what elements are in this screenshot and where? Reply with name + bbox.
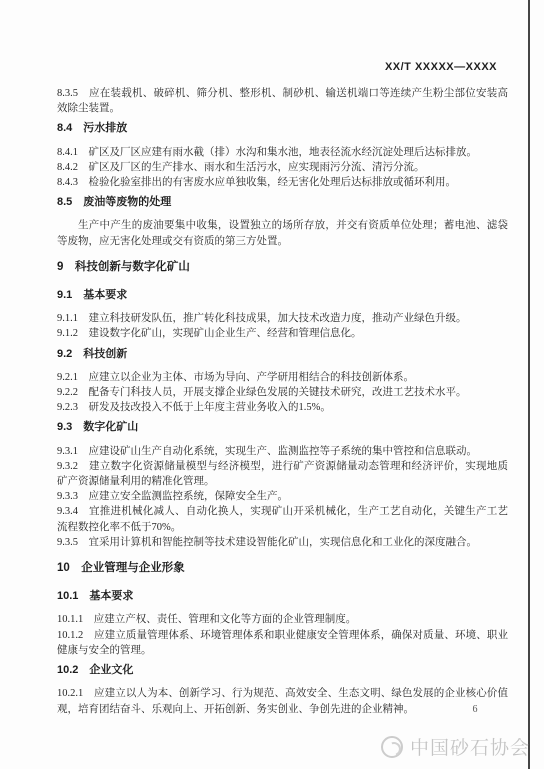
watermark-label: 中国砂石协会: [410, 733, 530, 760]
body-paragraph: 生产中产生的废油要集中收集，设置独立的场所存放，并交有资质单位处理；蓄电池、滤袋…: [57, 218, 508, 248]
association-watermark: 中国砂石协会: [381, 733, 530, 760]
section-heading: 8.5 废油等废物的处理: [57, 195, 508, 210]
section-heading: 9.1 基本要求: [57, 288, 508, 303]
clause-paragraph: 9.2.3 研发及技改投入不低于上年度主营业务收入的1.5%。: [57, 400, 508, 415]
document-page: XX/T XXXXX—XXXX 8.3.5 应在装载机、破碎机、筛分机、整形机、…: [0, 0, 544, 769]
clause-paragraph: 9.3.2 建立数字化资源储量模型与经济模型，进行矿产资源储量动态管理和经济评价…: [57, 459, 508, 489]
clause-paragraph: 10.2.1 应建立以人为本、创新学习、行为规范、高效安全、生态文明、绿色发展的…: [57, 686, 508, 716]
clause-paragraph: 9.2.1 应建立以企业为主体、市场为导向、产学研用相结合的科技创新体系。: [57, 370, 508, 385]
clause-paragraph: 9.3.1 应建设矿山生产自动化系统，实现生产、监测监控等子系统的集中管控和信息…: [57, 444, 508, 459]
clause-paragraph: 8.4.3 检验化验室排出的有害废水应单独收集，经无害化处理后达标排放或循环利用…: [57, 175, 508, 190]
clause-paragraph: 9.3.4 宜推进机械化减人、自动化换人，实现矿山开采机械化，生产工艺自动化，关…: [57, 504, 508, 534]
clause-paragraph: 10.1.1 应建立产权、责任、管理和文化等方面的企业管理制度。: [57, 612, 508, 627]
section-heading: 9.3 数字化矿山: [57, 420, 508, 435]
document-body: 8.3.5 应在装载机、破碎机、筛分机、整形机、制砂机、输送机端口等连续产生粉尘…: [57, 86, 508, 717]
section-heading: 9.2 科技创新: [57, 347, 508, 362]
chapter-heading: 10 企业管理与企业形象: [57, 561, 508, 576]
association-logo-icon: [381, 736, 403, 758]
section-heading: 10.1 基本要求: [57, 589, 508, 604]
page-edge-line: [528, 0, 530, 769]
section-heading: 10.2 企业文化: [57, 663, 508, 678]
clause-paragraph: 8.4.2 矿区及厂区的生产排水、雨水和生活污水，应实现雨污分流、清污分流。: [57, 160, 508, 175]
clause-paragraph: 9.1.2 建设数字化矿山，实现矿山企业生产、经营和管理信息化。: [57, 326, 508, 341]
clause-paragraph: 9.2.2 配备专门科技人员，开展支撑企业绿色发展的关键技术研究，改进工艺技术水…: [57, 385, 508, 400]
standard-reference-number: XX/T XXXXX—XXXX: [0, 61, 497, 73]
clause-paragraph: 8.4.1 矿区及厂区应建有雨水截（排）水沟和集水池，地表径流水经沉淀处理后达标…: [57, 145, 508, 160]
clause-paragraph: 9.3.5 宜采用计算机和智能控制等技术建设智能化矿山，实现信息化和工业化的深度…: [57, 535, 508, 550]
clause-paragraph: 8.3.5 应在装载机、破碎机、筛分机、整形机、制砂机、输送机端口等连续产生粉尘…: [57, 86, 508, 116]
chapter-heading: 9 科技创新与数字化矿山: [57, 260, 508, 275]
page-number: 6: [455, 704, 495, 715]
clause-paragraph: 9.3.3 应建立安全监测监控系统，保障安全生产。: [57, 489, 508, 504]
clause-paragraph: 10.1.2 应建立质量管理体系、环境管理体系和职业健康安全管理体系，确保对质量…: [57, 628, 508, 658]
section-heading: 8.4 污水排放: [57, 121, 508, 136]
clause-paragraph: 9.1.1 建立科技研发队伍，推广转化科技成果，加大技术改造力度，推动产业绿色升…: [57, 311, 508, 326]
